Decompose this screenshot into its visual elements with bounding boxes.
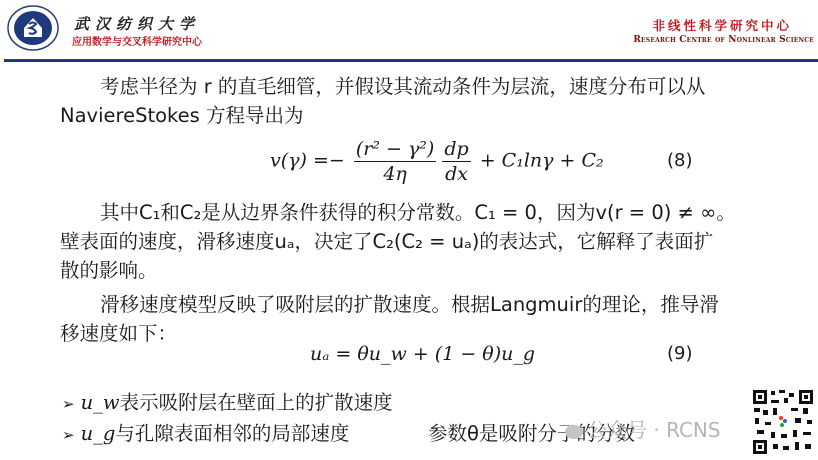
eq8-dp: dp [442, 137, 470, 162]
eq8-fraction: (r² − γ²) 4η [354, 137, 437, 186]
research-center-name-en: Research Centre of Nonlinear Science [633, 35, 814, 45]
bullet-item-ug: ➢u_g与孔隙表面相邻的局部速度 [62, 421, 349, 448]
equation-8-number: (8) [667, 150, 693, 171]
eq8-numerator: (r² − γ²) [354, 137, 437, 162]
arrow-bullet-icon: ➢ [62, 426, 75, 444]
paragraph-2-line-2: 壁表面的速度，滑移速度uₐ，决定了C₂(C₂ = uₐ)的表达式，它解释了表面扩 [60, 229, 713, 254]
bullet-text: 表示吸附层在壁面上的扩散速度 [120, 391, 393, 414]
equation-9: uₐ = θu_w + (1 − θ)u_g [310, 343, 535, 365]
paragraph-1-line-2: NaviereStokes 方程导出为 [60, 103, 303, 128]
research-center-name-cn: 非线性科学研究中心 [652, 16, 792, 34]
paragraph-1-line-1: 考虑半径为 r 的直毛细管，并假设其流动条件为层流，速度分布可以从 [100, 74, 705, 99]
equation-8: v(γ) =− (r² − γ²) 4η dp dx + C₁lnγ + C₂ [270, 137, 604, 186]
eq8-rest: + C₁lnγ + C₂ [480, 150, 604, 172]
paragraph-2-line-1: 其中C₁和C₂是从边界条件获得的积分常数。C₁ = 0，因为v(r = 0) ≠… [100, 200, 736, 225]
watermark-text: 公众号 · RCNS [587, 418, 721, 442]
eq8-dx: dx [442, 162, 470, 186]
eq8-denominator: 4η [354, 162, 437, 186]
paragraph-2-line-3: 散的影响。 [60, 258, 158, 283]
university-subtitle: 应用数学与交叉科学研究中心 [72, 33, 202, 48]
eq8-derivative: dp dx [442, 137, 470, 186]
wechat-icon [565, 425, 583, 439]
paragraph-3-line-2: 移速度如下： [60, 321, 177, 346]
university-seal-icon [6, 4, 60, 52]
university-name: 武汉纺织大学 [74, 13, 200, 34]
paragraph-3-line-1: 滑移速度模型反映了吸附层的扩散速度。根据Langmuir的理论，推导滑 [100, 292, 719, 317]
bullet-symbol: u_g [81, 422, 116, 445]
slide-header: 武汉纺织大学 应用数学与交叉科学研究中心 非线性科学研究中心 Research … [0, 0, 818, 60]
qr-code-icon[interactable] [751, 388, 815, 456]
eq9-expression: uₐ = θu_w + (1 − θ)u_g [310, 343, 535, 365]
bullet-symbol: u_w [81, 391, 120, 414]
header-divider [4, 59, 818, 62]
equation-9-number: (9) [667, 343, 693, 364]
arrow-bullet-icon: ➢ [62, 395, 75, 413]
watermark: 公众号 · RCNS [565, 414, 721, 443]
eq8-lhs: v(γ) =− [270, 150, 345, 172]
bullet-text: 与孔隙表面相邻的局部速度 [115, 422, 349, 445]
bullet-item-uw: ➢u_w表示吸附层在壁面上的扩散速度 [62, 390, 393, 417]
